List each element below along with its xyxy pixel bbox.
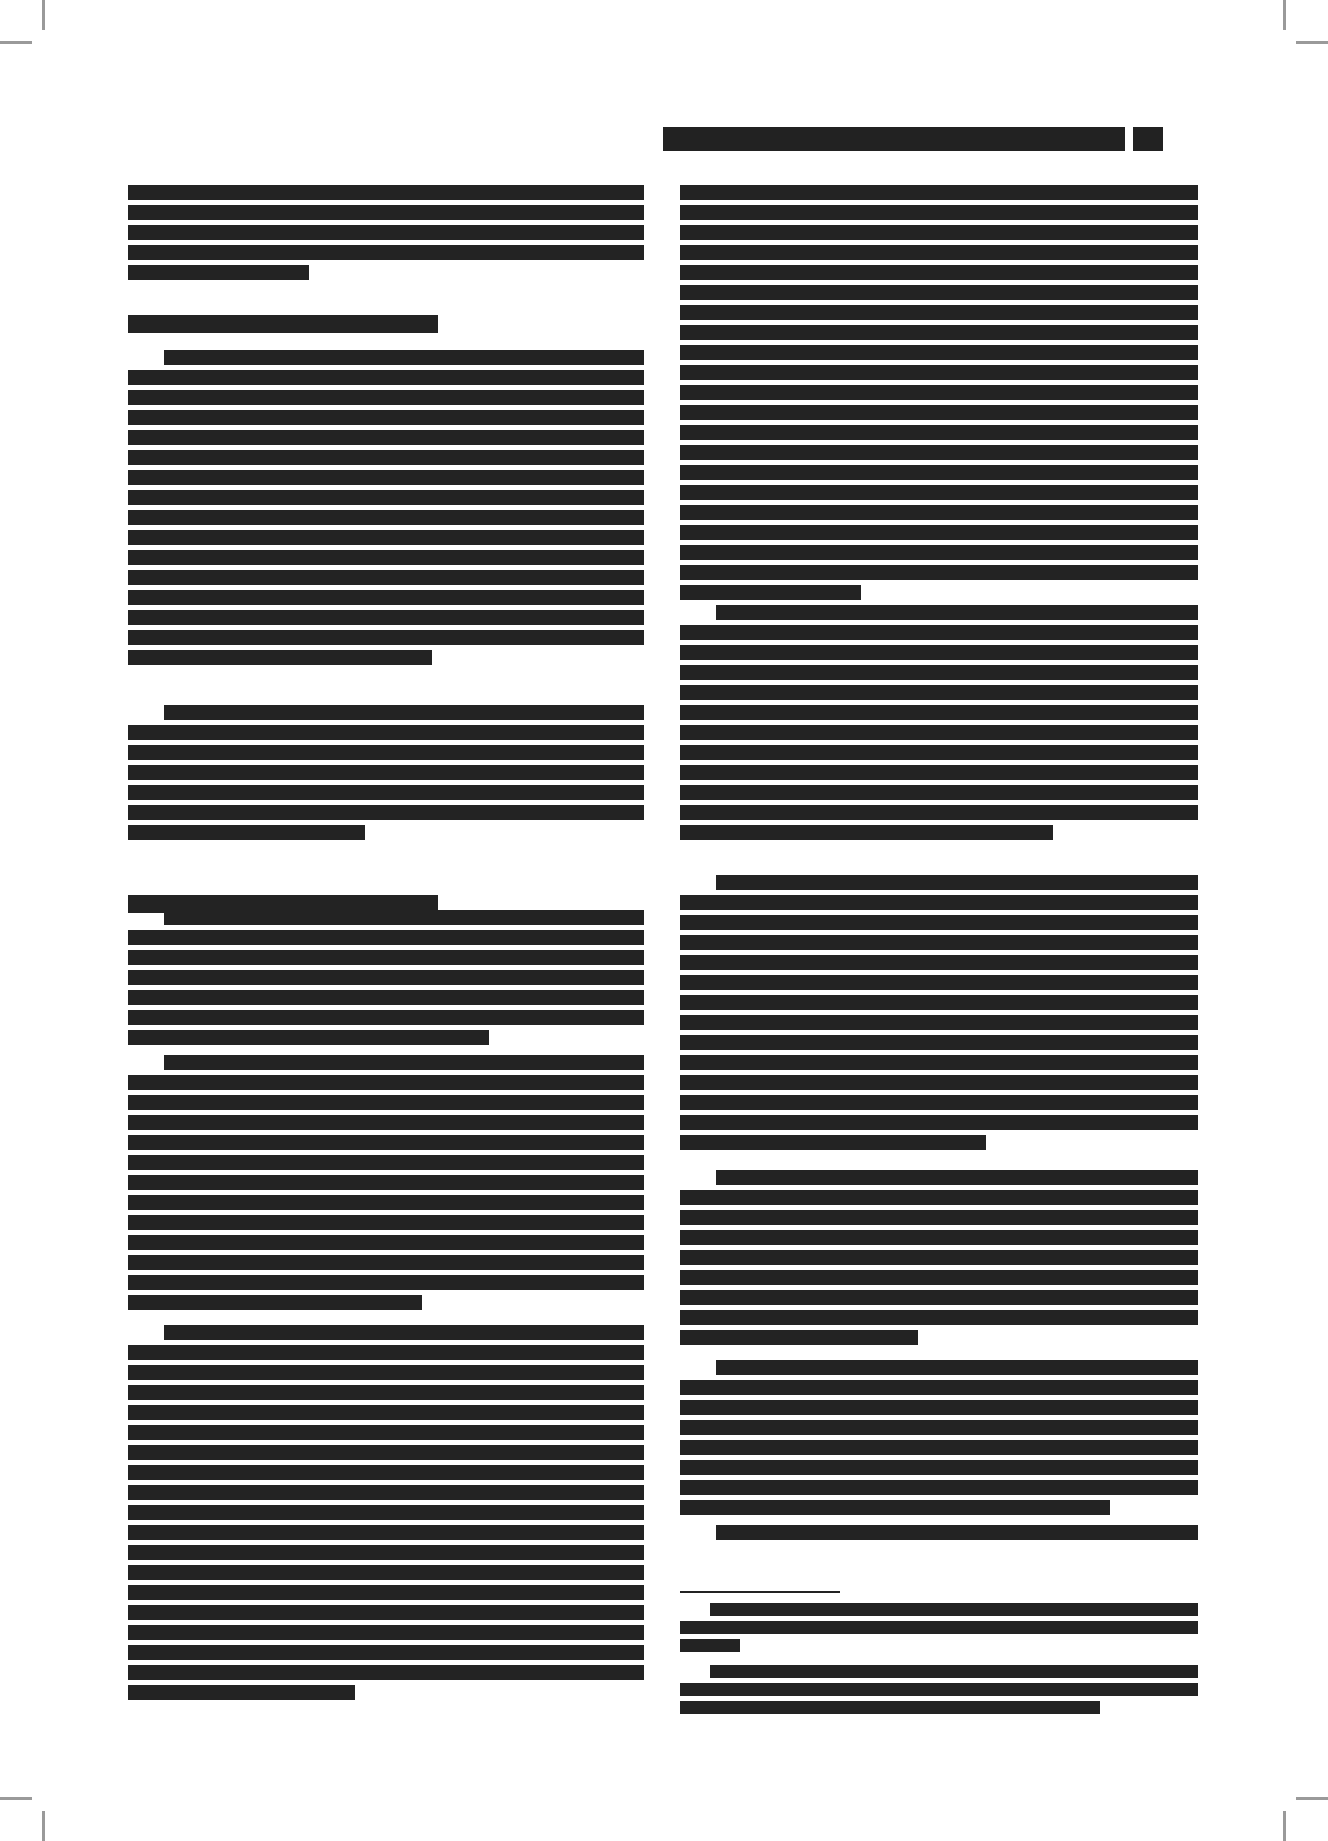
paragraph-line [680, 975, 1198, 990]
paragraph-line [680, 425, 1198, 440]
paragraph-line [128, 765, 644, 780]
paragraph-line [680, 385, 1198, 400]
paragraph-line [128, 1175, 644, 1190]
paragraph-line [680, 265, 1198, 280]
paragraph-line [128, 1135, 644, 1150]
paragraph-line [128, 245, 644, 260]
paragraph-line [128, 610, 644, 625]
footnote-line [680, 1701, 1100, 1714]
paragraph-line [680, 465, 1198, 480]
paragraph-line [680, 895, 1198, 910]
paragraph-line [680, 505, 1198, 520]
paragraph-line [128, 825, 365, 840]
paragraph-line [128, 1605, 644, 1620]
paragraph-line [164, 910, 644, 925]
paragraph-line [128, 785, 644, 800]
paragraph-line [128, 1095, 644, 1110]
paragraph-line [128, 1275, 644, 1290]
footnote-line [680, 1683, 1198, 1696]
paragraph-line [164, 350, 644, 365]
paragraph-line [680, 805, 1198, 820]
paragraph-line [128, 225, 644, 240]
paragraph-line [680, 405, 1198, 420]
paragraph-line [680, 345, 1198, 360]
paragraph-line [680, 785, 1198, 800]
paragraph-line [716, 875, 1198, 890]
paragraph-line [128, 805, 644, 820]
paragraph-line [128, 1295, 422, 1310]
paragraph-line [680, 305, 1198, 320]
paragraph-line [128, 490, 644, 505]
paragraph-line [680, 1420, 1198, 1435]
paragraph-line [128, 1565, 644, 1580]
paragraph-line [128, 1235, 644, 1250]
paragraph-line [128, 1445, 644, 1460]
paragraph-line [128, 1155, 644, 1170]
crop-mark-br-v [1283, 1811, 1286, 1841]
paragraph-line [680, 645, 1198, 660]
paragraph-line [128, 1365, 644, 1380]
crop-mark-tl-v [42, 0, 45, 30]
paragraph-line [680, 1095, 1198, 1110]
paragraph-line [128, 950, 644, 965]
paragraph-line [128, 745, 644, 760]
paragraph-line [128, 1345, 644, 1360]
paragraph-line [128, 1585, 644, 1600]
paragraph-line [680, 1115, 1198, 1130]
paragraph-line [128, 1545, 644, 1560]
paragraph-line [128, 1625, 644, 1640]
crop-mark-tr-v [1283, 0, 1286, 30]
paragraph-line [128, 1645, 644, 1660]
paragraph-line [128, 510, 644, 525]
paragraph-line [128, 430, 644, 445]
footnote-line [680, 1621, 1198, 1634]
paragraph-line [680, 745, 1198, 760]
footnote-line [680, 1639, 740, 1652]
paragraph-line [128, 450, 644, 465]
crop-mark-bl-h [0, 1797, 32, 1800]
paragraph-line [680, 565, 1198, 580]
paragraph-line [128, 930, 644, 945]
paragraph-line [680, 1310, 1198, 1325]
paragraph-line [680, 765, 1198, 780]
paragraph-line [716, 1525, 1198, 1540]
paragraph-line [680, 1075, 1198, 1090]
paragraph-line [128, 1685, 355, 1700]
paragraph-line [128, 530, 644, 545]
paragraph-line [128, 1525, 644, 1540]
paragraph-line [680, 225, 1198, 240]
paragraph-line [128, 990, 644, 1005]
running-title [663, 127, 1125, 151]
paragraph-line [680, 1250, 1198, 1265]
footnote-line [710, 1603, 1198, 1616]
crop-mark-tl-h [0, 41, 32, 44]
paragraph-line [128, 725, 644, 740]
paragraph-line [680, 445, 1198, 460]
paragraph-line [680, 685, 1198, 700]
paragraph-line [680, 1135, 986, 1150]
paragraph-line [128, 630, 644, 645]
paragraph-line [680, 995, 1198, 1010]
paragraph-line [680, 1055, 1198, 1070]
paragraph-line [128, 205, 644, 220]
paragraph-line [680, 1400, 1198, 1415]
paragraph-line [680, 205, 1198, 220]
running-header [663, 127, 1198, 151]
footnote-line [710, 1665, 1198, 1678]
paragraph-line [128, 1485, 644, 1500]
crop-mark-bl-v [42, 1811, 45, 1841]
paragraph-line [164, 1325, 644, 1340]
paragraph-line [680, 1270, 1198, 1285]
paragraph-line [128, 590, 644, 605]
paragraph-line [680, 1015, 1198, 1030]
paragraph-line [680, 585, 861, 600]
paragraph-line [128, 570, 644, 585]
paragraph-line [680, 935, 1198, 950]
paragraph-line [680, 955, 1198, 970]
paragraph-line [680, 365, 1198, 380]
paragraph-line [128, 1465, 644, 1480]
paragraph-line [680, 1330, 918, 1345]
paragraph-line [680, 915, 1198, 930]
paragraph-line [128, 970, 644, 985]
paragraph-line [128, 265, 309, 280]
paragraph-line [680, 525, 1198, 540]
paragraph-line [680, 185, 1198, 200]
paragraph-line [128, 550, 644, 565]
paragraph-line [128, 1405, 644, 1420]
paragraph-line [128, 650, 432, 665]
paragraph-line [128, 1075, 644, 1090]
paragraph-line [680, 1480, 1198, 1495]
paragraph-line [680, 705, 1198, 720]
paragraph-line [680, 545, 1198, 560]
paragraph-line [164, 705, 644, 720]
paragraph-line [128, 390, 644, 405]
paragraph-line [680, 825, 1053, 840]
paragraph-line [716, 1360, 1198, 1375]
paragraph-line [128, 1195, 644, 1210]
paragraph-line [128, 1115, 644, 1130]
footnote-rule [680, 1591, 840, 1593]
paragraph-line [128, 1215, 644, 1230]
paragraph-line [128, 1665, 644, 1680]
paragraph-line [680, 1460, 1198, 1475]
paragraph-line [680, 625, 1198, 640]
paragraph-line [680, 665, 1198, 680]
paragraph-line [128, 1505, 644, 1520]
page-number [1133, 127, 1163, 151]
paragraph-line [128, 1425, 644, 1440]
paragraph-line [680, 1035, 1198, 1050]
paragraph-line [128, 1385, 644, 1400]
paragraph-line [128, 410, 644, 425]
paragraph-line [716, 1170, 1198, 1185]
paragraph-line [164, 1055, 644, 1070]
paragraph-line [680, 1440, 1198, 1455]
paragraph-line [680, 485, 1198, 500]
paragraph-line [128, 470, 644, 485]
paragraph-line [128, 1030, 489, 1045]
paragraph-line [128, 1255, 644, 1270]
paragraph-line [680, 1290, 1198, 1305]
paragraph-line [680, 1190, 1198, 1205]
paragraph-line [128, 1010, 644, 1025]
paragraph-line [680, 1230, 1198, 1245]
paragraph-line [716, 605, 1198, 620]
paragraph-line [680, 325, 1198, 340]
paragraph-line [680, 1210, 1198, 1225]
paragraph-line [680, 285, 1198, 300]
paragraph-line [680, 1380, 1198, 1395]
paragraph-line [128, 370, 644, 385]
paragraph-line [680, 1500, 1110, 1515]
paragraph-line [680, 245, 1198, 260]
paragraph-line [680, 725, 1198, 740]
crop-mark-tr-h [1296, 41, 1328, 44]
paragraph-line [128, 185, 644, 200]
section-subheading [128, 315, 438, 333]
crop-mark-br-h [1296, 1797, 1328, 1800]
